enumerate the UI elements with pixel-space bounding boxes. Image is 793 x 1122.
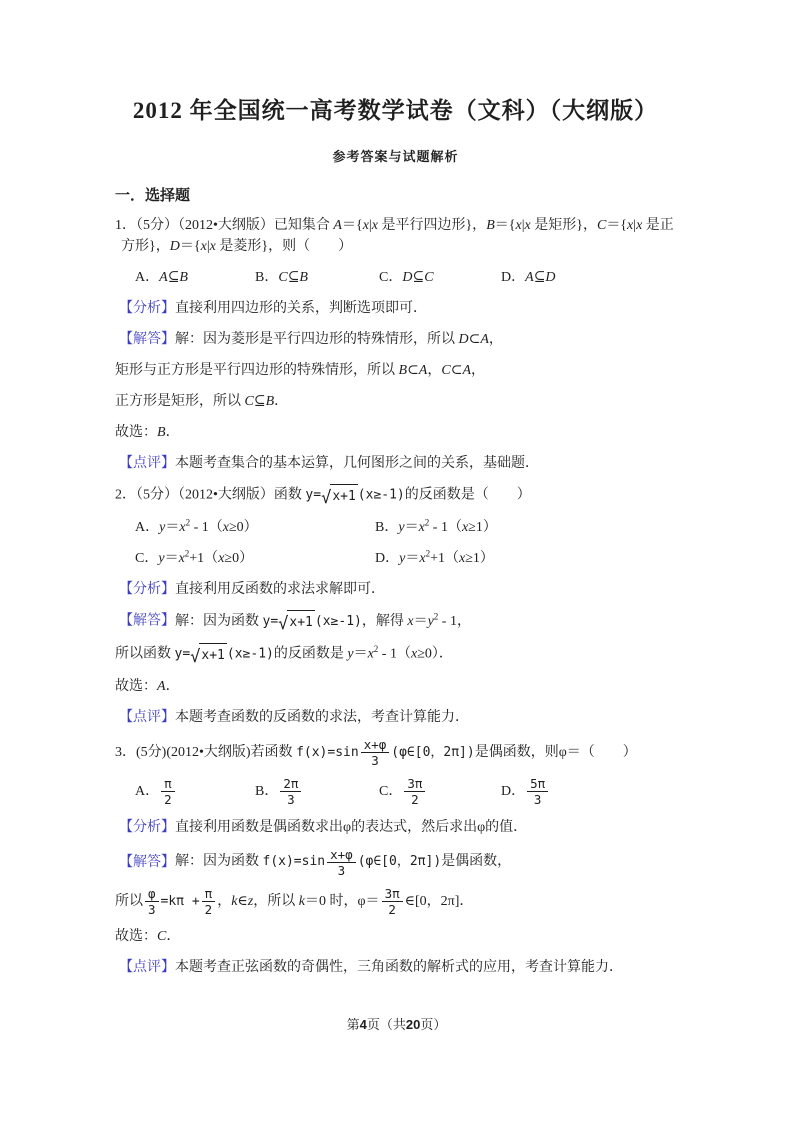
text-run: A．	[135, 520, 159, 535]
text-run: C	[597, 218, 606, 233]
text-run: 矩形与正方形是平行四边形的特殊情形，所以	[115, 363, 399, 378]
question-1-stem: 1．（5分）（2012•大纲版）已知集合 A＝{x|x 是平行四边形}，B＝{x…	[115, 215, 676, 257]
analysis-label: 【分析】	[119, 301, 175, 316]
question-1-options: A．A⊆B B．C⊆B C．D⊆C D．A⊆D	[115, 267, 676, 288]
question-1-option-d: D．A⊆D	[501, 267, 676, 288]
question-3-answer-conclusion: 故选：C．	[115, 926, 676, 947]
question-1-option-b: B．C⊆B	[255, 267, 379, 288]
text-run: - 1（	[429, 520, 462, 535]
question-2-comment-line: 【点评】本题考查函数的反函数的求法，考查计算能力．	[115, 707, 676, 728]
text-run: D	[170, 239, 180, 254]
fraction: φ3	[145, 887, 159, 916]
fraction: 3π2	[404, 777, 425, 806]
text-run: ，	[489, 332, 503, 347]
text-run: C．	[135, 551, 158, 566]
question-1-answer-line-1: 【解答】解：因为菱形是平行四边形的特殊情形，所以 D⊂A，	[115, 329, 676, 350]
text-run: ≥0）	[229, 520, 258, 535]
question-1-analysis-line: 【分析】直接利用四边形的关系，判断选项即可．	[115, 298, 676, 319]
text-run: C	[278, 270, 287, 285]
text-run: ≥0）．	[417, 647, 453, 662]
question-3-stem: 3．(5分)(2012•大纲版)若函数 f(x)=sinx+φ3(φ∈[0，2π…	[115, 738, 676, 767]
text-run: C	[441, 363, 450, 378]
text-run: C．	[379, 784, 402, 799]
exam-answer-page: 2012 年全国统一高考数学试卷（文科）（大纲版） 参考答案与试题解析 一．选择…	[0, 0, 793, 1122]
question-2: 2．（5分）（2012•大纲版）函数 y=√x+1(x≥-1)的反函数是（ ） …	[115, 484, 676, 728]
text-run: (x≥-1)	[358, 488, 405, 503]
text-run: D	[402, 270, 412, 285]
text-run: - 1（	[190, 520, 223, 535]
question-2-option-b: B．y＝x2 - 1（x≥1）	[375, 517, 676, 538]
analysis-label: 【分析】	[119, 820, 175, 835]
text-run: C	[424, 270, 433, 285]
text-run: 4	[360, 1017, 367, 1032]
comment-label: 【点评】	[119, 456, 175, 471]
text-run: ∈	[237, 894, 247, 909]
question-2-stem: 2．（5分）（2012•大纲版）函数 y=√x+1(x≥-1)的反函数是（ ）	[115, 484, 676, 507]
fraction: π2	[161, 777, 175, 806]
text-run: (φ∈[0，2π])	[391, 745, 474, 760]
question-3-analysis-line: 【分析】直接利用函数是偶函数求出φ的表达式，然后求出φ的值．	[115, 817, 676, 838]
text-run: A．	[135, 784, 159, 799]
text-run: ，	[217, 894, 231, 909]
text-run: ≥0）	[224, 551, 253, 566]
question-1-answer-line-2: 矩形与正方形是平行四边形的特殊情形，所以 B⊂A，C⊂A，	[115, 360, 676, 381]
fraction: x+φ3	[327, 848, 356, 877]
text-run: =kπ +	[161, 894, 200, 909]
question-3-comment-line: 【点评】本题考查正弦函数的奇偶性，三角函数的解析式的应用，考查计算能力．	[115, 957, 676, 978]
question-1: 1．（5分）（2012•大纲版）已知集合 A＝{x|x 是平行四边形}，B＝{x…	[115, 215, 676, 474]
answer-text: 解：因为菱形是平行四边形的特殊情形，所以 D⊂A，	[175, 332, 503, 347]
fraction: 2π3	[280, 777, 301, 806]
text-run: ，解得	[362, 614, 408, 629]
question-2-analysis-line: 【分析】直接利用反函数的求法求解即可．	[115, 579, 676, 600]
text-run: ＝	[165, 520, 179, 535]
text-run: 的反函数是	[274, 647, 348, 662]
text-run: B	[486, 218, 495, 233]
text-run: D．	[501, 270, 525, 285]
text-run: 1．（5分）（2012•大纲版）已知集合	[115, 218, 333, 233]
comment-text: 本题考查函数的反函数的求法，考查计算能力．	[175, 710, 469, 725]
text-run: ⊆	[534, 270, 546, 285]
question-2-answer-line-1: 【解答】解：因为函数 y=√x+1(x≥-1)，解得 x＝y2 - 1，	[115, 610, 676, 633]
text-run: ≥1）	[468, 520, 497, 535]
question-1-comment-line: 【点评】本题考查集合的基本运算，几何图形之间的关系，基础题．	[115, 453, 676, 474]
question-3-option-a: A．π2	[135, 777, 255, 806]
comment-label: 【点评】	[119, 960, 175, 975]
text-run: ＝	[405, 551, 419, 566]
text-run: ＝{	[495, 218, 516, 233]
text-run: B．	[255, 270, 278, 285]
text-run: B．	[375, 520, 398, 535]
question-3-answer-line-1: 【解答】解：因为函数 f(x)=sinx+φ3(φ∈[0，2π])是偶函数，	[115, 848, 676, 877]
sqrt-expression: √x+1	[321, 484, 358, 507]
text-run: ⊂	[451, 363, 463, 378]
analysis-label: 【分析】	[119, 582, 175, 597]
text-run: y=	[263, 614, 279, 629]
answer-label: 【解答】	[119, 614, 175, 629]
page-title: 2012 年全国统一高考数学试卷（文科）（大纲版）	[115, 92, 676, 125]
text-run: ∈[0，2π]．	[405, 894, 474, 909]
fraction: 3π2	[382, 887, 403, 916]
text-run: 2．（5分）（2012•大纲版）函数	[115, 488, 305, 503]
analysis-text: 直接利用函数是偶函数求出φ的表达式，然后求出φ的值．	[175, 820, 527, 835]
question-2-option-a: A．y＝x2 - 1（x≥0）	[135, 517, 375, 538]
text-run: +1（	[189, 551, 218, 566]
page-footer: 第4页（共20页）	[0, 1014, 793, 1033]
text-run: ⊆	[288, 270, 300, 285]
text-run: ＝{	[180, 239, 201, 254]
text-run: ＝	[414, 614, 428, 629]
text-run: 3．(5分)(2012•大纲版)若函数	[115, 745, 296, 760]
text-run: ＝0 时，φ＝	[305, 894, 380, 909]
comment-label: 【点评】	[119, 710, 175, 725]
question-2-option-c: C．y＝x2+1（x≥0）	[135, 548, 375, 569]
text-run: ．	[274, 394, 288, 409]
fraction: 5π3	[527, 777, 548, 806]
text-run: ，	[471, 363, 485, 378]
text-run: ．	[166, 679, 180, 694]
text-run: ⊂	[469, 332, 481, 347]
fraction: π2	[202, 887, 216, 916]
text-run: C	[157, 929, 166, 944]
answer-text: 解：因为函数 y=√x+1(x≥-1)，解得 x＝y2 - 1，	[175, 614, 471, 629]
text-run: 所以	[115, 894, 143, 909]
text-run: ⊆	[168, 270, 180, 285]
text-run: ⊆	[254, 394, 266, 409]
text-run: (x≥-1)	[227, 647, 274, 662]
text-run: ，	[427, 363, 441, 378]
text-run: B	[399, 363, 408, 378]
comment-text: 本题考查集合的基本运算，几何图形之间的关系，基础题．	[175, 456, 539, 471]
text-run: A	[159, 270, 168, 285]
text-run: C．	[379, 270, 402, 285]
text-run: A	[333, 218, 342, 233]
text-run: 故选：	[115, 679, 157, 694]
text-run: A	[462, 363, 471, 378]
text-run: 故选：	[115, 929, 157, 944]
text-run: f(x)=sin	[296, 745, 359, 760]
text-run: D．	[375, 551, 399, 566]
text-run: 正方形是矩形，所以	[115, 394, 245, 409]
answer-label: 【解答】	[119, 332, 175, 347]
text-run: C	[245, 394, 254, 409]
text-run: 是偶函数，	[441, 854, 511, 869]
text-run: A	[157, 679, 166, 694]
answer-text: 解：因为函数 f(x)=sinx+φ3(φ∈[0，2π])是偶函数，	[175, 854, 511, 869]
text-run: y=	[175, 647, 191, 662]
text-run: 解：因为菱形是平行四边形的特殊情形，所以	[175, 332, 459, 347]
question-1-answer-line-3: 正方形是矩形，所以 C⊆B．	[115, 391, 676, 412]
text-run: A．	[135, 270, 159, 285]
text-run: ，所以	[253, 894, 299, 909]
text-run: A	[525, 270, 534, 285]
text-run: ＝	[405, 520, 419, 535]
text-run: B	[299, 270, 308, 285]
text-run: 故选：	[115, 425, 157, 440]
text-run: f(x)=sin	[263, 854, 326, 869]
text-run: (φ∈[0，2π])	[358, 854, 441, 869]
text-run: A	[480, 332, 489, 347]
text-run: 是平行四边形}，	[378, 218, 486, 233]
text-run: +1（	[430, 551, 459, 566]
text-run: 是偶函数，则φ＝（ ）	[475, 745, 637, 760]
question-1-option-a: A．A⊆B	[135, 267, 255, 288]
text-run: 的反函数是（ ）	[405, 488, 531, 503]
text-run: 解：因为函数	[175, 614, 263, 629]
text-run: D	[545, 270, 555, 285]
comment-text: 本题考查正弦函数的奇偶性，三角函数的解析式的应用，考查计算能力．	[175, 960, 623, 975]
text-run: 是菱形}，则（ ）	[216, 239, 352, 254]
text-run: ⊆	[412, 270, 424, 285]
text-run: ＝	[165, 551, 179, 566]
page-subtitle: 参考答案与试题解析	[115, 146, 676, 165]
question-3-option-d: D．5π3	[501, 777, 676, 806]
question-3: 3．(5分)(2012•大纲版)若函数 f(x)=sinx+φ3(φ∈[0，2π…	[115, 738, 676, 978]
text-run: B．	[255, 784, 278, 799]
answer-label: 【解答】	[119, 854, 175, 869]
text-run: B	[157, 425, 166, 440]
text-run: B	[266, 394, 275, 409]
text-run: 第	[347, 1017, 360, 1032]
question-3-option-c: C．3π2	[379, 777, 501, 806]
text-run: (x≥-1)	[315, 614, 362, 629]
sqrt-expression: √x+1	[190, 643, 227, 666]
text-run: 所以函数	[115, 647, 175, 662]
text-run: ＝{	[606, 218, 627, 233]
text-run: ≥1）	[465, 551, 494, 566]
text-run: ⊂	[407, 363, 419, 378]
text-run: - 1（	[378, 647, 411, 662]
question-2-answer-conclusion: 故选：A．	[115, 676, 676, 697]
question-2-option-d: D．y＝x2+1（x≥1）	[375, 548, 676, 569]
text-run: ＝{	[342, 218, 363, 233]
text-run: 解：因为函数	[175, 854, 263, 869]
text-run: D	[459, 332, 469, 347]
question-1-option-c: C．D⊆C	[379, 267, 501, 288]
text-run: 20	[406, 1017, 420, 1032]
analysis-text: 直接利用反函数的求法求解即可．	[175, 582, 385, 597]
question-2-answer-line-2: 所以函数 y=√x+1(x≥-1)的反函数是 y＝x2 - 1（x≥0）．	[115, 643, 676, 666]
text-run: 是矩形}，	[531, 218, 597, 233]
text-run: ．	[166, 929, 180, 944]
question-3-answer-line-2: 所以φ3=kπ +π2，k∈z，所以 k＝0 时，φ＝3π2∈[0，2π]．	[115, 887, 676, 916]
sqrt-expression: √x+1	[278, 610, 315, 633]
analysis-text: 直接利用四边形的关系，判断选项即可．	[175, 301, 427, 316]
text-run: ＝	[354, 647, 368, 662]
question-3-option-b: B．2π3	[255, 777, 379, 806]
text-run: 页（共	[367, 1017, 406, 1032]
question-2-options: A．y＝x2 - 1（x≥0） B．y＝x2 - 1（x≥1） C．y＝x2+1…	[115, 517, 676, 569]
fraction: x+φ3	[361, 738, 390, 767]
section-heading: 一．选择题	[115, 184, 676, 205]
text-run: B	[179, 270, 188, 285]
text-run: y=	[305, 488, 321, 503]
question-3-options: A．π2 B．2π3 C．3π2 D．5π3	[115, 777, 676, 806]
text-run: - 1，	[438, 614, 471, 629]
text-run: ．	[166, 425, 180, 440]
text-run: 页）	[420, 1017, 446, 1032]
question-1-answer-conclusion: 故选：B．	[115, 422, 676, 443]
text-run: D．	[501, 784, 525, 799]
